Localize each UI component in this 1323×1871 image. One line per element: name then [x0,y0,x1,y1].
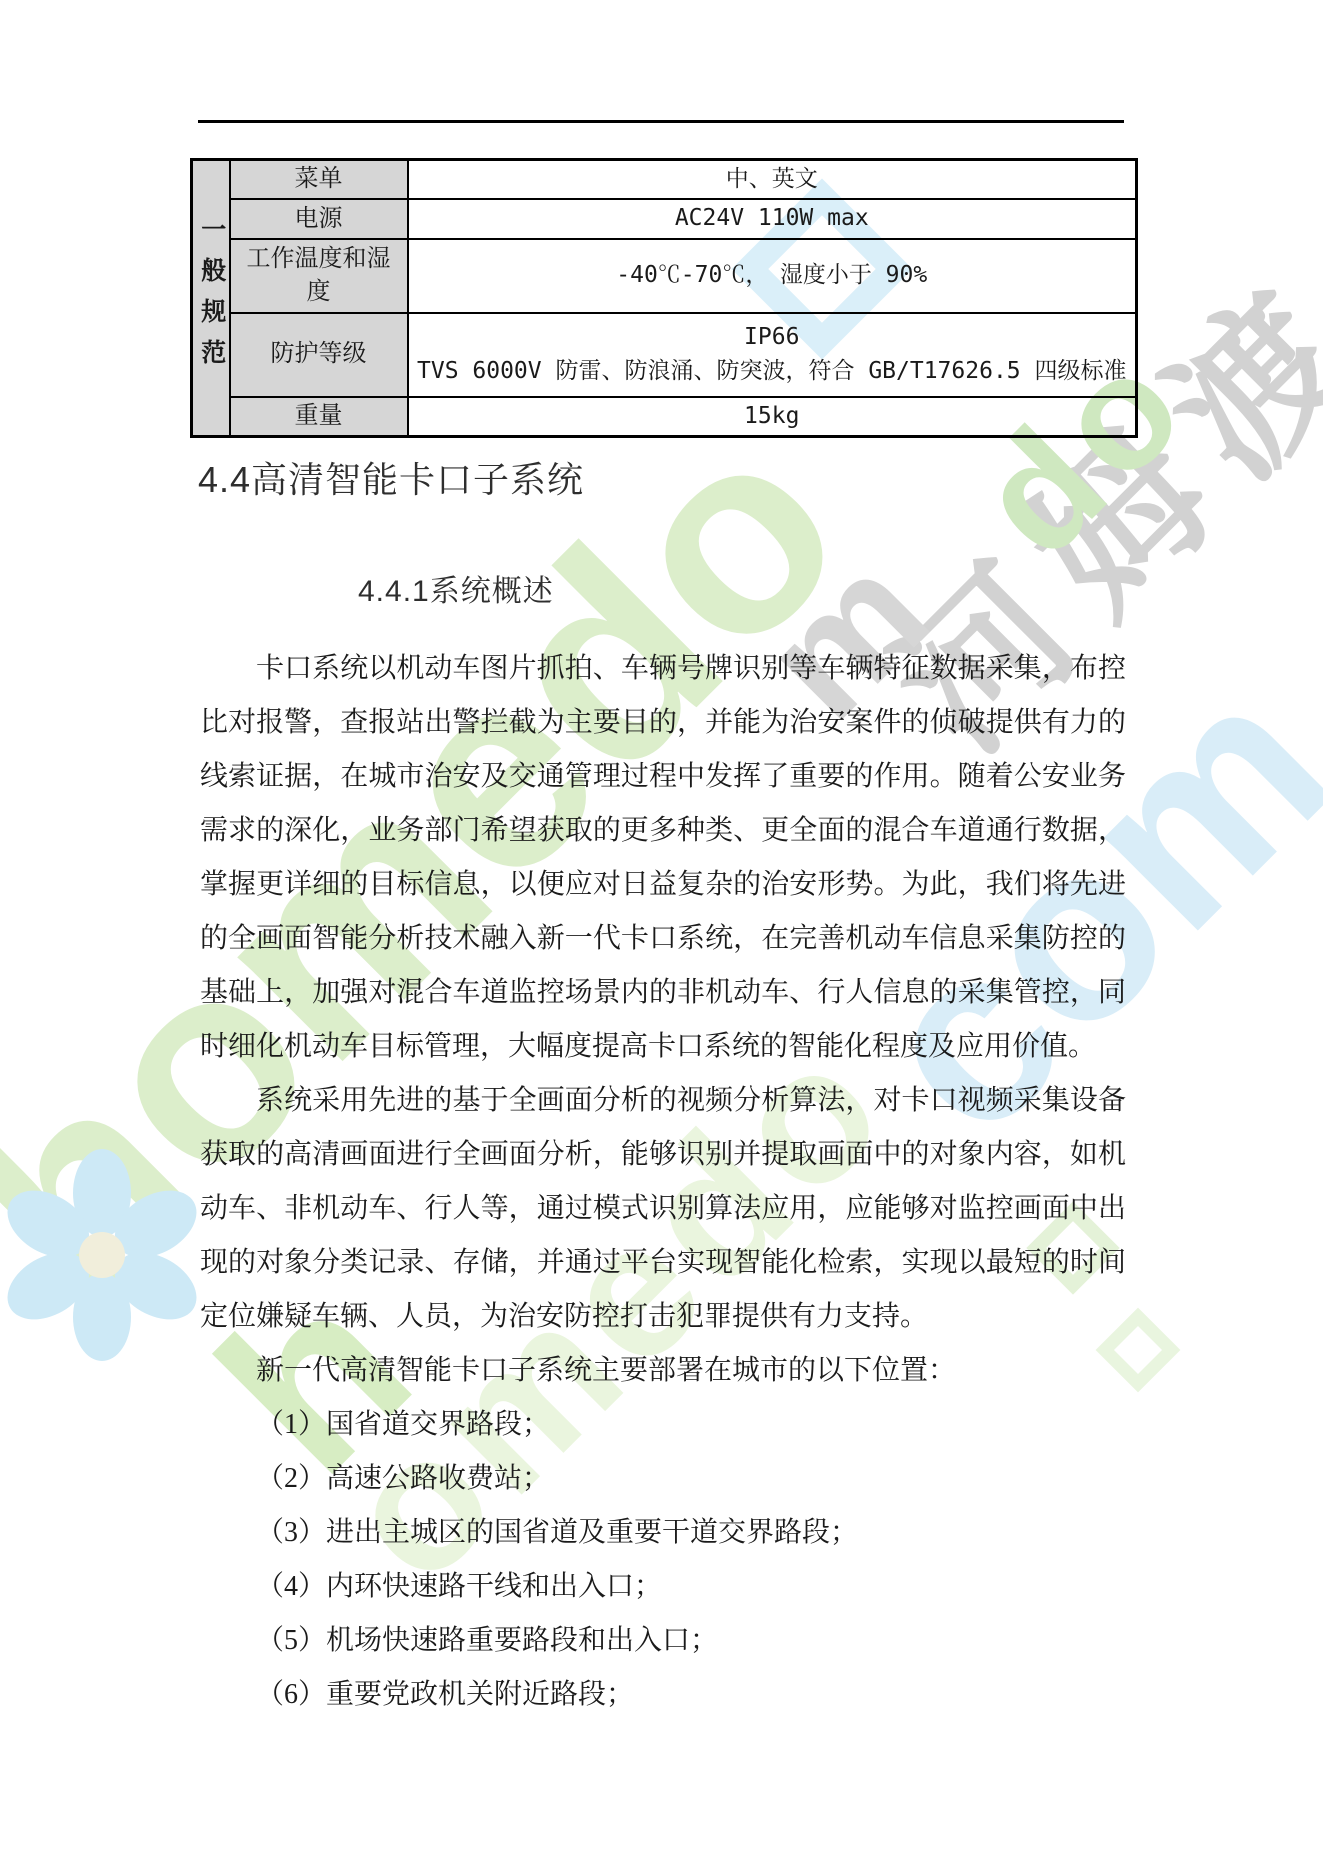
list-item: （4）内环快速路干线和出入口； [200,1560,1126,1614]
paragraph: 新一代高清智能卡口子系统主要部署在城市的以下位置： [200,1344,1126,1398]
table-row-value: -40℃-70℃， 湿度小于 90% [408,239,1137,313]
table-row-value: AC24V 110W max [408,199,1137,238]
list-item: （6）重要党政机关附近路段； [200,1668,1126,1722]
header-rule [198,120,1124,123]
table-merged-header: 一般规范 [192,160,230,437]
spec-table: 一般规范 菜单 中、英文 电源 AC24V 110W max 工作温度和湿度 -… [190,158,1138,438]
table-row-value: IP66 TVS 6000V 防雷、防浪涌、防突波，符合 GB/T17626.5… [408,313,1137,397]
table-row-label: 电源 [230,199,408,238]
document-page: homedocom河姆渡mdohomedo 一般规范 菜单 中、英文 电源 AC… [0,0,1323,1871]
subsection-heading: 4.4.1系统概述 [358,566,554,610]
section-heading: 4.4高清智能卡口子系统 [198,452,584,503]
list-item: （3）进出主城区的国省道及重要干道交界路段； [200,1506,1126,1560]
body-text: 卡口系统以机动车图片抓拍、车辆号牌识别等车辆特征数据采集，布控比对报警，查报站出… [200,642,1126,1722]
table-row-label: 菜单 [230,160,408,200]
table-row-value: 中、英文 [408,160,1137,200]
paragraph: 卡口系统以机动车图片抓拍、车辆号牌识别等车辆特征数据采集，布控比对报警，查报站出… [200,642,1126,1074]
list-item: （1）国省道交界路段； [200,1398,1126,1452]
table-row-label: 工作温度和湿度 [230,239,408,313]
list-item: （2）高速公路收费站； [200,1452,1126,1506]
paragraph: 系统采用先进的基于全画面分析的视频分析算法，对卡口视频采集设备获取的高清画面进行… [200,1074,1126,1344]
table-row-label: 防护等级 [230,313,408,397]
table-row-value: 15kg [408,397,1137,437]
list-item: （5）机场快速路重要路段和出入口； [200,1614,1126,1668]
table-row-label: 重量 [230,397,408,437]
